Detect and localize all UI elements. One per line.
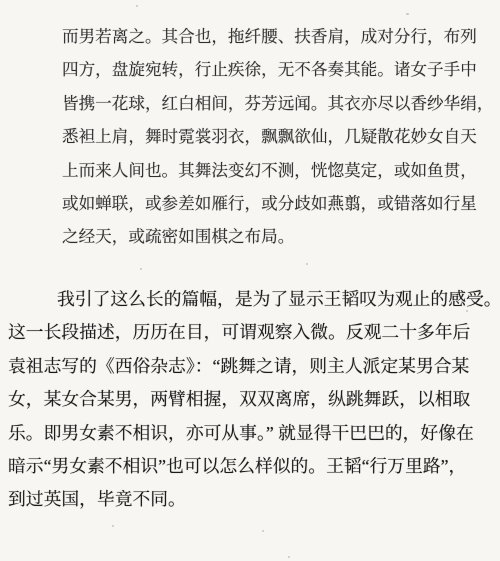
scan-speck [306, 263, 308, 265]
text-line: 这一长段描述，历历在目，可谓观察入微。反观二十多年后 [8, 316, 496, 349]
text-line: 而男若离之。其合也，拖纤腰、扶香肩，成对分行，布列 [62, 20, 482, 53]
text-line: 之经天，或疏密如围棋之布局。 [62, 220, 482, 253]
scan-speck [136, 5, 138, 7]
text-line: 四方，盘旋宛转，行止疾徐，无不各奏其能。诸女子手中 [62, 53, 482, 86]
text-line: 或如蝉联，或参差如雁行，或分歧如燕翦，或错落如行星 [62, 187, 482, 220]
text-line: 悉袒上肩，舞时霓裳羽衣，飘飘欲仙，几疑散花妙女自天 [62, 120, 482, 153]
scan-speck [406, 13, 409, 15]
text-line: 乐。即男女素不相识，亦可从事。” 就显得干巴巴的，好像在 [8, 417, 496, 450]
scan-speck [466, 310, 468, 312]
text-line: 到过英国，毕竟不同。 [8, 483, 496, 516]
text-line: 皆携一花球，红白相间，芬芳远闻。其衣亦尽以香纱华绢， [62, 87, 482, 120]
text-line: 暗示“男女素不相识”也可以怎么样似的。王韬“行万里路”， [8, 450, 496, 483]
text-line: 我引了这么长的篇幅，是为了显示王韬叹为观止的感受。 [8, 283, 496, 316]
text-line: 袁祖志写的《西俗杂志》：“跳舞之请，则主人派定某男合某 [8, 350, 496, 383]
commentary-paragraph: 我引了这么长的篇幅，是为了显示王韬叹为观止的感受。这一长段描述，历历在目，可谓观… [8, 283, 496, 517]
scanned-book-page: 而男若离之。其合也，拖纤腰、扶香肩，成对分行，布列四方，盘旋宛转，行止疾徐，无不… [0, 0, 500, 561]
text-line: 上而来人间也。其舞法变幻不测，恍惚莫定，或如鱼贯， [62, 154, 482, 187]
scan-speck [262, 530, 264, 532]
scan-speck [288, 556, 290, 558]
text-line: 女，某女合某男，两臂相握，双双离席，纵跳舞跃，以相取 [8, 383, 496, 416]
scan-speck [140, 268, 142, 270]
scan-speck [112, 525, 114, 527]
quoted-passage-block: 而男若离之。其合也，拖纤腰、扶香肩，成对分行，布列四方，盘旋宛转，行止疾徐，无不… [62, 20, 482, 254]
